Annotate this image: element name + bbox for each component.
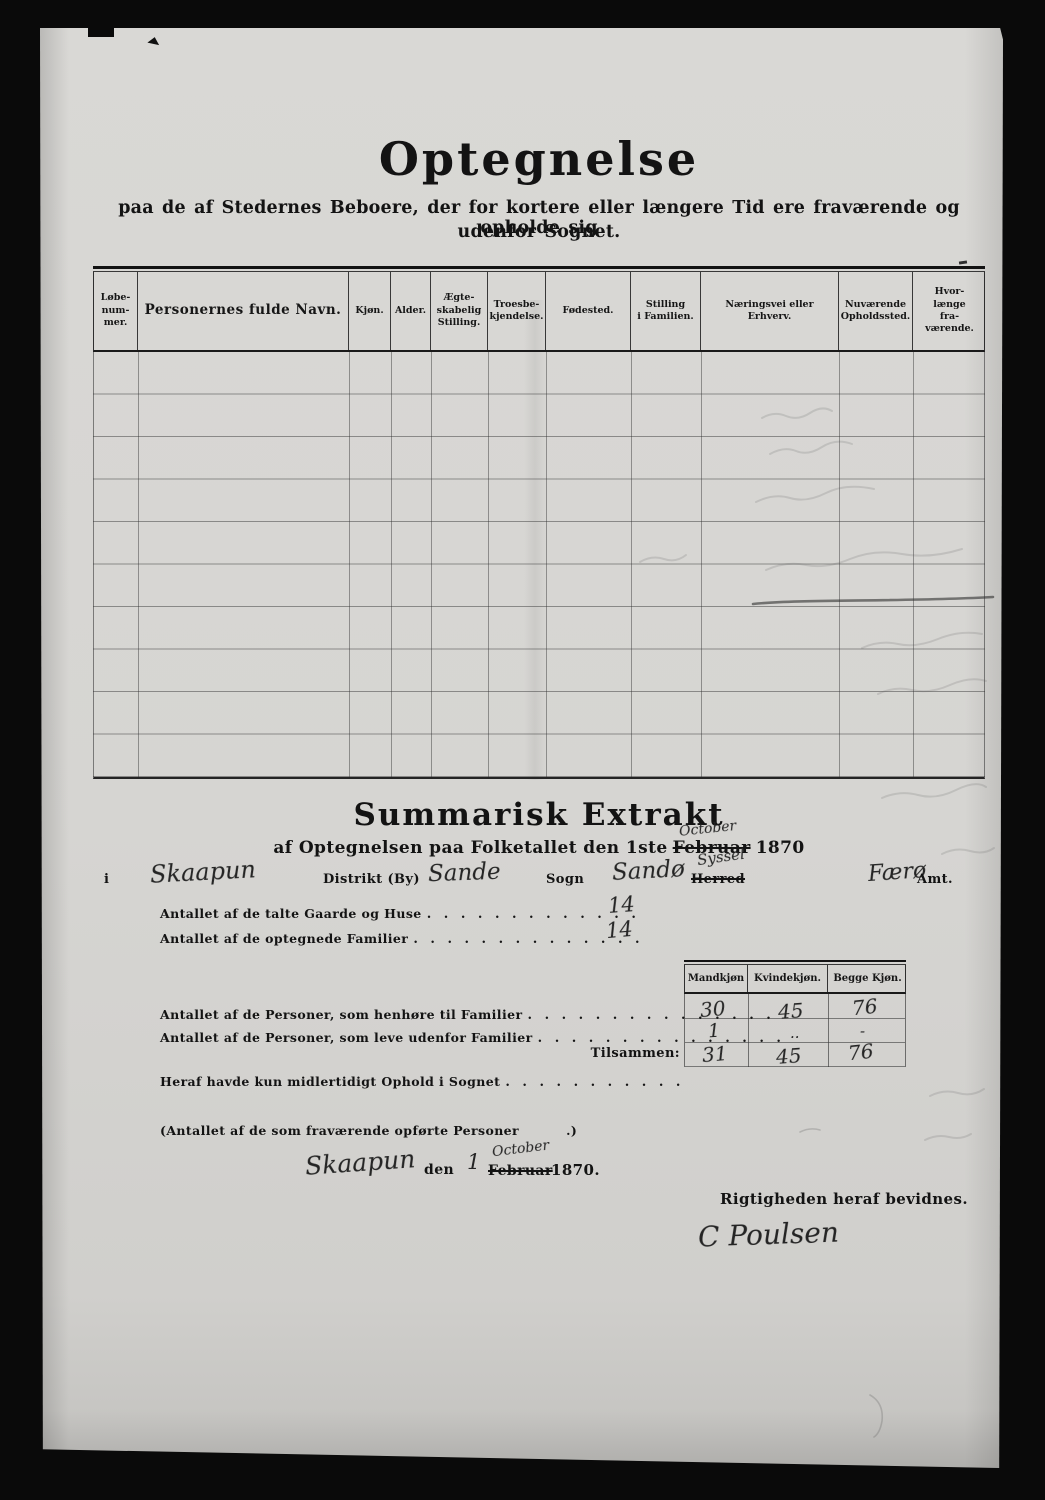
- column-divider: [913, 352, 914, 777]
- count-familier-value-handwritten: 14: [605, 917, 634, 943]
- column-divider: [546, 352, 547, 777]
- value-families-kvinde: 45: [777, 998, 804, 1024]
- fravaerende-label: (Antallet af de som fraværende opførte P…: [160, 1123, 519, 1138]
- herred-label-struck: Herred: [691, 872, 745, 887]
- value-outside-begge: -: [860, 1022, 865, 1040]
- dot-leader: . . . . . . . . . . . . . . .: [528, 1008, 775, 1023]
- gender-table-top-rule: [684, 960, 906, 962]
- date-day-handwritten: 1: [467, 1150, 480, 1174]
- summary-year: 1870: [756, 838, 805, 858]
- col-header-stilling-familien: Stilling i Familien.: [631, 272, 701, 350]
- column-divider: [839, 352, 840, 777]
- form-title: Optegnelse: [93, 132, 985, 186]
- signature-handwritten: C Poulsen: [697, 1216, 839, 1254]
- header-kvindekjon: Kvindekjøn.: [748, 965, 828, 992]
- register-table: Løbe- num- mer. Personernes fulde Navn. …: [93, 266, 985, 779]
- date-year: 1870.: [551, 1161, 600, 1179]
- district-name-handwritten: Skaapun: [149, 855, 256, 889]
- col-header-opholdssted: Nuværende Opholdssted.: [839, 272, 913, 350]
- column-divider: [431, 352, 432, 777]
- midlertidigt-label: Heraf havde kun midlertidigt Ophold i So…: [160, 1074, 500, 1089]
- header-mandkjon: Mandkjøn: [685, 965, 748, 992]
- fravaerende-close: .): [566, 1123, 577, 1138]
- attestation-text: Rigtigheden heraf bevidnes.: [720, 1190, 968, 1208]
- count-gaarde-label: Antallet af de talte Gaarde og Huse: [160, 906, 422, 921]
- sogn-name-handwritten: Sande: [428, 859, 501, 888]
- district-label: Distrikt (By): [323, 872, 420, 887]
- value-outside-kvinde: ..: [790, 1024, 800, 1042]
- column-divider: [488, 352, 489, 777]
- location-i: i: [104, 872, 109, 887]
- tilsammen-label: Tilsammen:: [560, 1046, 680, 1061]
- scanned-census-form: Optegnelse paa de af Stedernes Beboere, …: [0, 0, 1045, 1500]
- summary-title: Summarisk Extrakt: [93, 797, 985, 833]
- count-familier-label: Antallet af de optegnede Familier: [160, 931, 408, 946]
- gender-table-header: Mandkjøn Kvindekjøn. Begge Kjøn.: [684, 965, 906, 994]
- value-families-begge: 76: [851, 994, 879, 1021]
- register-table-header: Løbe- num- mer. Personernes fulde Navn. …: [93, 272, 985, 352]
- value-total-mand: 31: [701, 1041, 728, 1067]
- value-total-kvinde: 45: [775, 1043, 802, 1069]
- persons-outside-families-label: Antallet af de Personer, som leve udenfo…: [160, 1030, 533, 1045]
- value-total-begge: 76: [847, 1039, 875, 1066]
- col-header-naeringsvei: Næringsvei eller Erhverv.: [701, 272, 839, 350]
- column-divider: [701, 352, 702, 777]
- herred-name-handwritten: Sandø: [611, 856, 685, 886]
- persons-in-families-label: Antallet af de Personer, som henhøre til…: [160, 1007, 522, 1022]
- dot-leader: . . . . . . . . . . .: [505, 1075, 684, 1090]
- col-header-fodested: Fødested.: [546, 272, 631, 350]
- header-beggekjon: Begge Kjøn.: [828, 965, 907, 992]
- column-divider: [828, 994, 829, 1067]
- column-divider: [631, 352, 632, 777]
- value-families-mand: 30: [699, 996, 726, 1022]
- col-header-alder: Alder.: [391, 272, 431, 350]
- col-header-navn: Personernes fulde Navn.: [138, 272, 349, 350]
- amt-label: Amt.: [917, 872, 953, 887]
- col-header-aegteskabelig: Ægte- skabelig Stilling.: [431, 272, 488, 350]
- column-divider: [138, 352, 139, 777]
- value-outside-mand: 1: [707, 1020, 721, 1043]
- sogn-label: Sogn: [546, 872, 584, 887]
- col-header-lobenummer: Løbe- num- mer.: [94, 272, 138, 350]
- count-gaarde-value-handwritten: 14: [607, 892, 635, 918]
- form-subtitle-line2: udenfor Sognet.: [93, 222, 985, 242]
- summary-subtitle-prefix: af Optegnelsen paa Folketallet den 1ste: [273, 838, 667, 858]
- table-top-rule: [93, 266, 985, 269]
- column-divider: [391, 352, 392, 777]
- column-divider: [349, 352, 350, 777]
- col-header-kjon: Kjøn.: [349, 272, 391, 350]
- date-den-label: den: [424, 1162, 454, 1178]
- col-header-hvorlaenge: Hvor- længe fra- værende.: [913, 272, 986, 350]
- col-header-troesbekjendelse: Troesbe- kjendelse.: [488, 272, 546, 350]
- dot-leader: . . . . . . . . . . . . . . .: [538, 1031, 785, 1046]
- date-month-printed-struck: Februar: [488, 1163, 553, 1179]
- scan-notch-artifact: [88, 28, 114, 37]
- register-table-empty-rows: [93, 352, 985, 779]
